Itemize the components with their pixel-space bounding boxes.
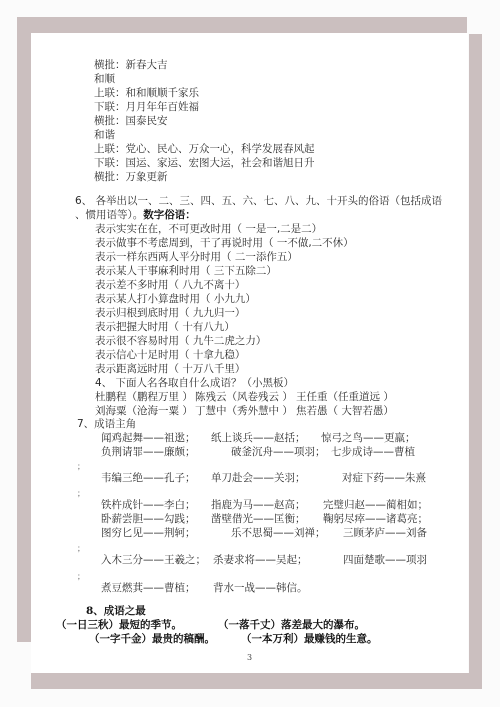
section8-heading: 8、成语之最 xyxy=(86,605,146,618)
idiom-item: 图穷匕见——荆轲； xyxy=(101,527,196,540)
proverb-item: 表示距离远时用（ 十万八千里） xyxy=(95,363,245,376)
subsection4-heading: 4、 下面人名各取自什么成语？（小黑板） xyxy=(95,377,294,390)
couplet-line: 下联：国运、家运、宏图大运，社会和谐旭日升 xyxy=(94,157,315,170)
idiom-item: 指鹿为马——赵高； xyxy=(211,499,306,512)
superlative-item: （一落千丈）落差最大的瀑布。 xyxy=(218,619,365,632)
couplet-line: 上联：和和顺顺千家乐 xyxy=(94,87,199,100)
idiom-item: 纸上谈兵——赵括； xyxy=(211,432,306,445)
name-item: 刘海粟（沧海一粟 ） xyxy=(95,405,193,418)
idiom-item: 背水一战——韩信。 xyxy=(213,582,308,595)
idiom-item: 单刀赴会——关羽； xyxy=(211,472,306,485)
idiom-item: 凿壁借光——匡衡； xyxy=(211,513,306,526)
proverb-item: 表示某人干事麻利时用（ 三下五除二） xyxy=(95,265,277,278)
stray-mark: ； xyxy=(77,571,85,582)
section7-heading: 7、成语主角 xyxy=(77,418,136,431)
proverb-item: 表示某人打小算盘时用（ 小九九） xyxy=(95,293,256,306)
couplet-line: 下联：月月年年百姓福 xyxy=(94,101,199,114)
proverb-item: 表示实实在在，不可更改时用（ 一是一,二是二） xyxy=(95,223,322,236)
name-item: 焦若愚（ 大智若愚） xyxy=(296,405,394,418)
idiom-item: 破釜沉舟——项羽； xyxy=(231,446,326,459)
couplet-line: 上联：党心、民心、万众一心，科学发展春风起 xyxy=(94,143,315,156)
idiom-item: 卧薪尝胆——勾践； xyxy=(101,513,196,526)
section6-heading: 6、 各举出以一、二、三、四、五、六、七、八、九、十开头的俗语（包括成语 xyxy=(75,195,442,208)
proverb-item: 表示做事不考虑周到，干了再说时用（ 一不做,二不休） xyxy=(95,237,354,250)
idiom-item: 负荆请罪——廉颇； xyxy=(101,446,196,459)
section6-heading-cont: 、惯用语等）。数字俗语： xyxy=(75,209,196,222)
stray-mark: ； xyxy=(77,461,85,472)
idiom-item: 七步成诗——曹植 xyxy=(331,446,415,459)
idiom-item: 对症下药——朱熹 xyxy=(342,472,426,485)
name-item: 王任重（任重道远 ） xyxy=(296,391,394,404)
idiom-item: 入木三分——王羲之； xyxy=(101,554,206,567)
stray-mark: ； xyxy=(77,488,85,499)
couplet-line: 横批：新春大吉 xyxy=(94,59,168,72)
idiom-item: 四面楚歌——项羽 xyxy=(343,554,427,567)
idiom-item: 完璧归赵——蔺相如； xyxy=(323,499,428,512)
idiom-item: 乐不思蜀——刘禅； xyxy=(231,527,326,540)
idiom-item: 三顾茅庐——刘备 xyxy=(343,527,427,540)
proverb-item: 表示一样东西两人平分时用（ 二一添作五） xyxy=(95,251,298,264)
idiom-item: 韦编三绝——孔子； xyxy=(101,472,196,485)
superlative-item: （一日三秋）最短的季节。 xyxy=(56,619,182,632)
name-item: 陈残云（风卷残云 ） xyxy=(195,391,293,404)
page-frame-top xyxy=(17,17,467,33)
proverb-item: 表示差不多时用（ 八九不离十） xyxy=(95,279,245,292)
couplet-theme: 和顺 xyxy=(94,73,115,86)
page-frame-right xyxy=(469,34,482,689)
page-number: 3 xyxy=(31,653,468,662)
proverb-item: 表示把握大时用（ 十有八九） xyxy=(95,321,235,334)
idiom-item: 鞠躬尽瘁——诸葛亮； xyxy=(323,513,428,526)
section6-bold-label: 数字俗语： xyxy=(143,209,196,221)
page-frame-left xyxy=(17,17,31,642)
page-frame-bottom xyxy=(31,673,482,689)
superlative-item: （一字千金）最贵的稿酬。 xyxy=(89,633,215,646)
idiom-item: 闻鸡起舞——祖逖； xyxy=(101,432,196,445)
superlative-item: （一本万利）最赚钱的生意。 xyxy=(241,633,378,646)
stray-mark: ； xyxy=(77,543,85,554)
idiom-item: 铁杵成针——李白； xyxy=(101,499,196,512)
document-page: 横批：新春大吉 和顺 上联：和和顺顺千家乐 下联：月月年年百姓福 横批：国泰民安… xyxy=(31,33,468,673)
couplet-theme: 和谐 xyxy=(94,129,115,142)
couplet-line: 横批：万象更新 xyxy=(94,171,168,184)
name-item: 杜鹏程（鹏程万里 ） xyxy=(95,391,193,404)
proverb-item: 表示归根到底时用（ 九九归一） xyxy=(95,307,245,320)
proverb-item: 表示很不容易时用（ 九牛二虎之力） xyxy=(95,335,266,348)
idiom-item: 煮豆燃萁——曹植； xyxy=(101,582,196,595)
proverb-item: 表示信心十足时用（ 十拿九稳） xyxy=(95,349,245,362)
name-item: 丁慧中（秀外慧中 ） xyxy=(195,405,293,418)
couplet-line: 横批：国泰民安 xyxy=(94,115,168,128)
idiom-item: 惊弓之鸟——更羸； xyxy=(321,432,416,445)
idiom-item: 杀妻求将——吴起； xyxy=(213,554,308,567)
